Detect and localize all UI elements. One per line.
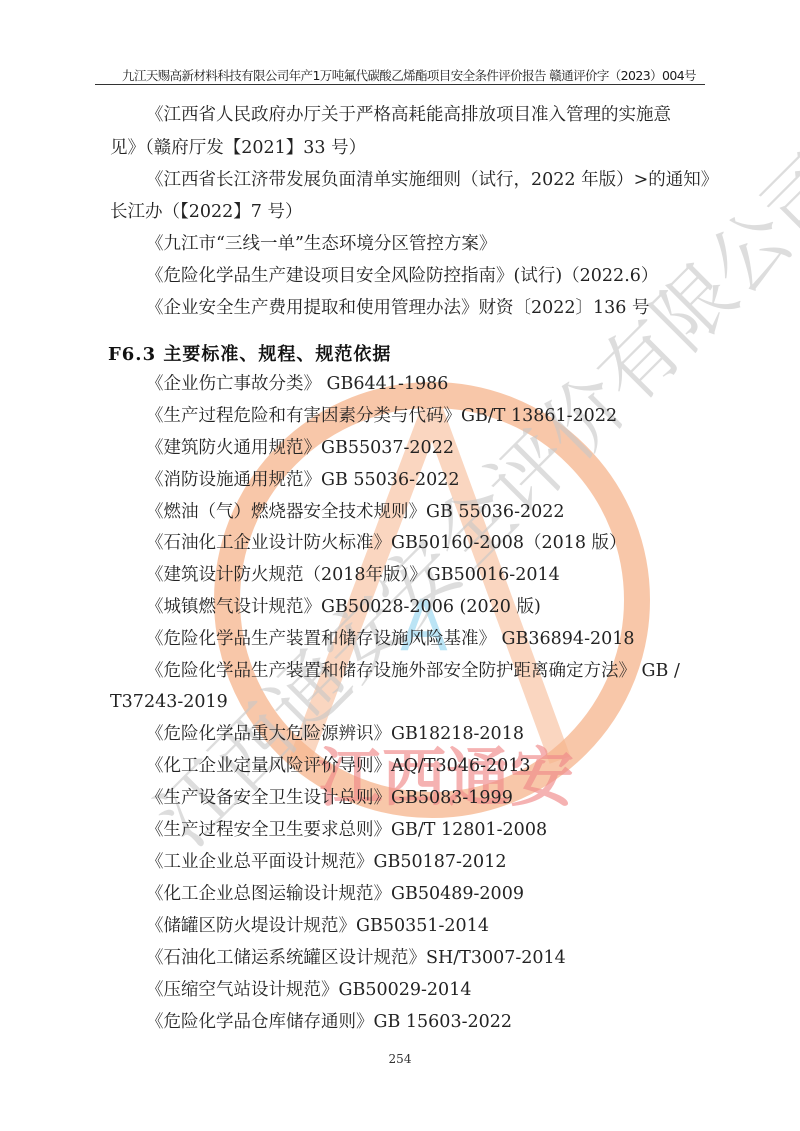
reference-line: 《危险化学品生产建设项目安全风险防控指南》(试行)（2022.6） (146, 265, 658, 287)
standard-line: 《生产过程危险和有害因素分类与代码》GB/T 13861-2022 (146, 405, 617, 427)
standard-line: 《石油化工企业设计防火标准》GB50160-2008（2018 版） (146, 532, 627, 554)
document-body: 《江西省人民政府办厅关于严格高耗能高排放项目准入管理的实施意 见》（赣府厅发【2… (0, 0, 800, 1131)
standard-line: 《燃油（气）燃烧器安全技术规则》GB 55036-2022 (146, 501, 565, 523)
reference-line: 《江西省长江济带发展负面清单实施细则（试行，2022 年版）>的通知》 (146, 169, 718, 191)
reference-line: 《企业安全生产费用提取和使用管理办法》财资〔2022〕136 号 (146, 297, 650, 319)
section-heading: F6.3 主要标准、规程、规范依据 (108, 340, 391, 366)
standard-line: 《工业企业总平面设计规范》GB50187-2012 (146, 851, 506, 873)
reference-line: 《江西省人民政府办厅关于严格高耗能高排放项目准入管理的实施意 (146, 104, 671, 126)
standard-line: 《化工企业定量风险评价导则》AQ/T3046-2013 (146, 755, 531, 777)
standard-line: 《危险化学品仓库储存通则》GB 15603-2022 (146, 1011, 512, 1033)
standard-line: 《石油化工储运系统罐区设计规范》SH/T3007-2014 (146, 947, 566, 969)
standard-line: 《危险化学品生产装置和储存设施风险基准》 GB36894-2018 (146, 628, 635, 650)
reference-line: 《九江市“三线一单”生态环境分区管控方案》 (146, 233, 496, 255)
standard-line: 《储罐区防火堤设计规范》GB50351-2014 (146, 915, 489, 937)
standard-line: 《企业伤亡事故分类》 GB6441-1986 (146, 373, 448, 395)
standard-line: 《危险化学品生产装置和储存设施外部安全防护距离确定方法》 GB / (146, 660, 680, 682)
standard-line: 《消防设施通用规范》GB 55036-2022 (146, 469, 460, 491)
standard-line: 《城镇燃气设计规范》GB50028-2006 (2020 版) (146, 596, 541, 618)
standard-line: T37243-2019 (110, 691, 228, 713)
standard-line: 《危险化学品重大危险源辨识》GB18218-2018 (146, 723, 524, 745)
standard-line: 《压缩空气站设计规范》GB50029-2014 (146, 979, 471, 1001)
reference-line: 见》（赣府厅发【2021】33 号） (110, 137, 366, 159)
page-number: 254 (0, 1052, 800, 1066)
reference-line: 长江办（【2022】7 号） (110, 201, 302, 223)
standard-line: 《化工企业总图运输设计规范》GB50489-2009 (146, 883, 524, 905)
standard-line: 《生产设备安全卫生设计总则》GB5083-1999 (146, 787, 513, 809)
standard-line: 《建筑防火通用规范》GB55037-2022 (146, 437, 454, 459)
standard-line: 《生产过程安全卫生要求总则》GB/T 12801-2008 (146, 819, 547, 841)
standard-line: 《建筑设计防火规范（2018年版）》GB50016-2014 (146, 564, 560, 586)
